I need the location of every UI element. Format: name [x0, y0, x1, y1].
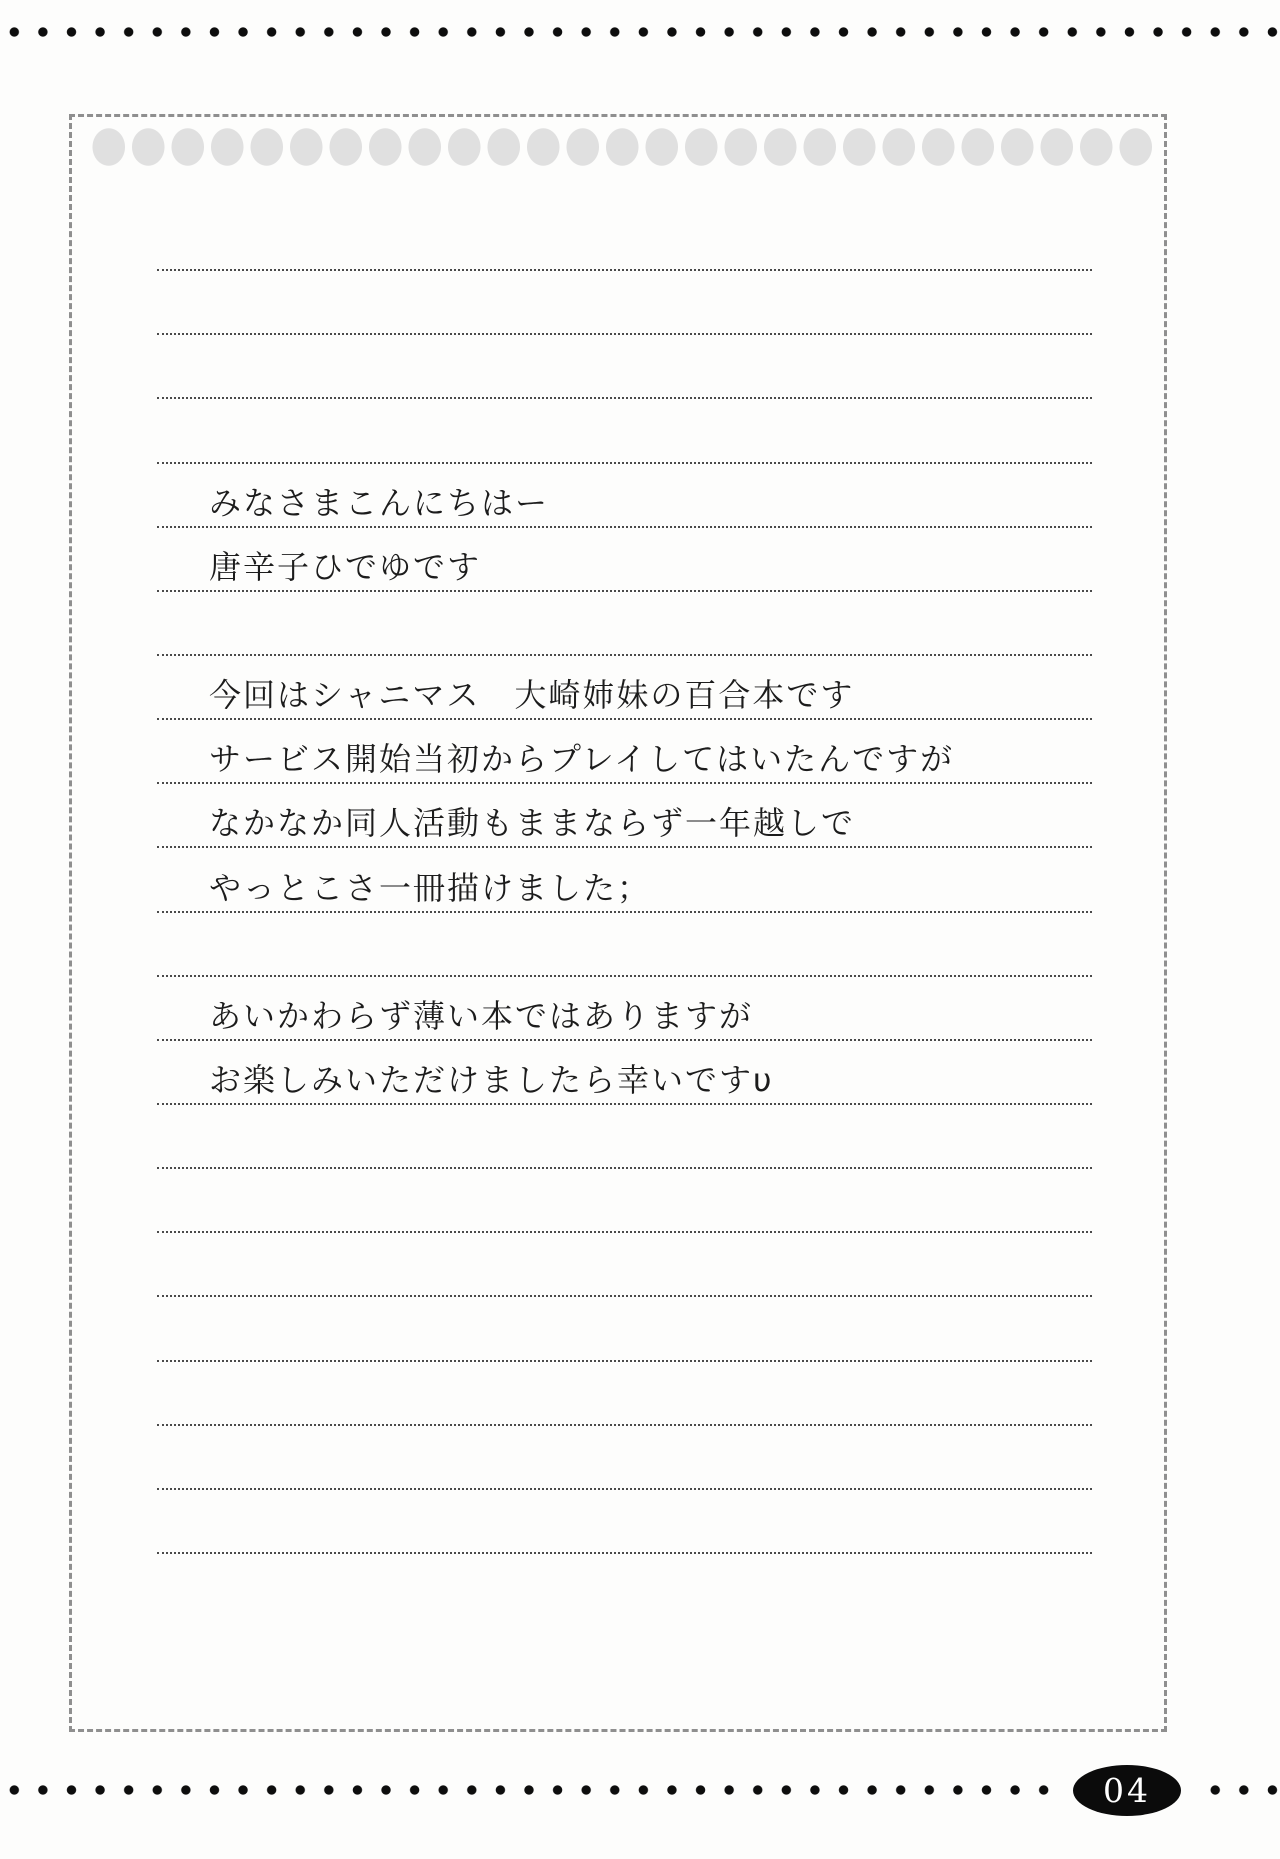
halftone-circles-row	[89, 128, 1153, 166]
notebook-line	[157, 271, 1092, 335]
notebook-line	[157, 399, 1092, 463]
ruled-lines-area: みなさまこんにちはー 唐辛子ひでゆです 今回はシャニマス 大崎姉妹の百合本です …	[157, 207, 1092, 1554]
notebook-line	[157, 592, 1092, 656]
scanned-doujin-afterword-page: みなさまこんにちはー 唐辛子ひでゆです 今回はシャニマス 大崎姉妹の百合本です …	[0, 0, 1280, 1859]
notebook-line	[157, 1105, 1092, 1169]
notebook-line-text: やっとこさ一冊描けました；	[157, 848, 1092, 912]
notebook-line-text: あいかわらず薄い本ではありますが	[157, 977, 1092, 1041]
notebook-line-text: 今回はシャニマス 大崎姉妹の百合本です	[157, 656, 1092, 720]
notebook-line-author: 唐辛子ひでゆです	[157, 528, 1092, 592]
notebook-line	[157, 1169, 1092, 1233]
dotted-border-top	[0, 27, 1280, 37]
notebook-panel: みなさまこんにちはー 唐辛子ひでゆです 今回はシャニマス 大崎姉妹の百合本です …	[69, 114, 1167, 1732]
notebook-line	[157, 207, 1092, 271]
page-number-badge: 04	[1073, 1765, 1181, 1816]
notebook-line-text: サービス開始当初からプレイしてはいたんですが	[157, 720, 1092, 784]
notebook-line	[157, 913, 1092, 977]
page-number-badge-backing: 04	[1061, 1760, 1193, 1821]
notebook-line	[157, 1297, 1092, 1361]
notebook-line	[157, 335, 1092, 399]
notebook-line-greeting: みなさまこんにちはー	[157, 464, 1092, 528]
notebook-line-text: お楽しみいただけましたら幸いですυ	[157, 1041, 1092, 1105]
notebook-line	[157, 1426, 1092, 1490]
notebook-line-text: なかなか同人活動もままならず一年越しで	[157, 784, 1092, 848]
notebook-line	[157, 1362, 1092, 1426]
notebook-line	[157, 1490, 1092, 1554]
notebook-line	[157, 1233, 1092, 1297]
